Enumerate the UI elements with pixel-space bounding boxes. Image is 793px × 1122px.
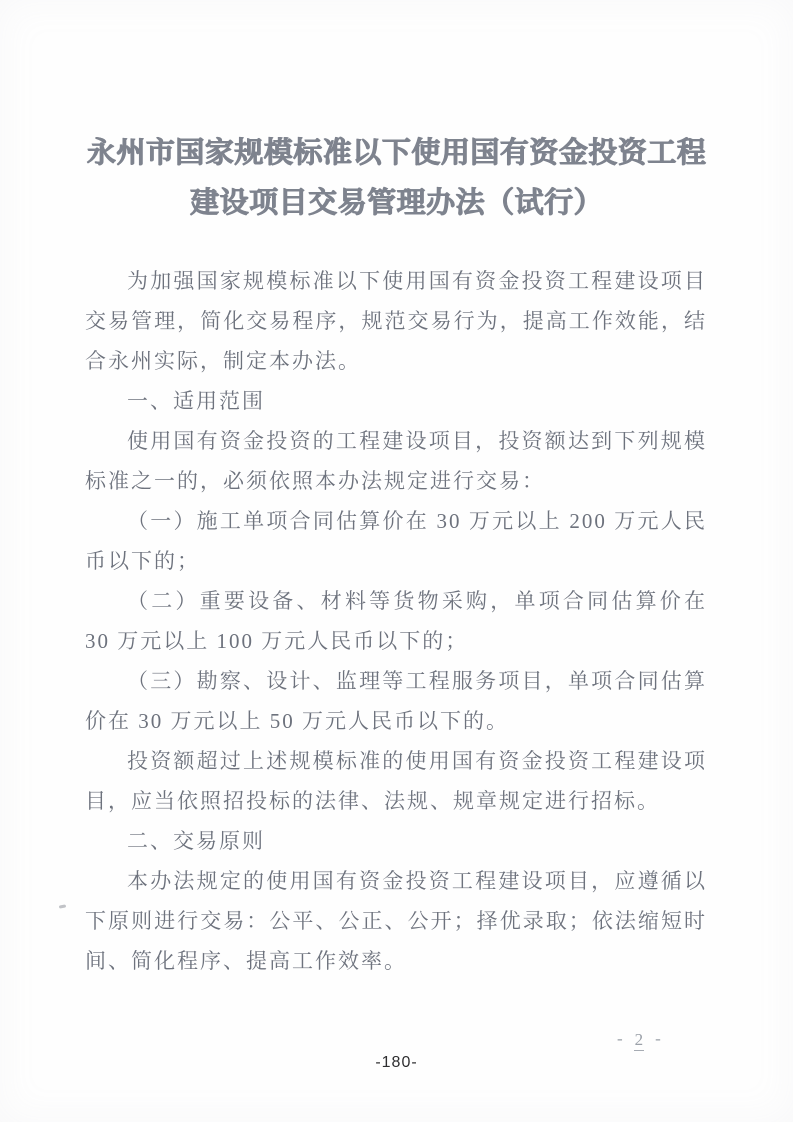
section-1-intro: 使用国有资金投资的工程建设项目，投资额达到下列规模标准之一的，必须依照本办法规定… xyxy=(85,421,707,501)
section-2-paragraph: 本办法规定的使用国有资金投资工程建设项目，应遵循以下原则进行交易：公平、公正、公… xyxy=(85,861,707,981)
document-title-line2: 建设项目交易管理办法（试行） xyxy=(0,178,793,228)
scan-page-dash-right: - xyxy=(655,1029,661,1049)
scope-item-2: （二）重要设备、材料等货物采购，单项合同估算价在 30 万元以上 100 万元人… xyxy=(85,581,707,661)
threshold-note: 投资额超过上述规模标准的使用国有资金投资工程建设项目，应当依照招投标的法律、法规… xyxy=(85,741,707,821)
document-body: 为加强国家规模标准以下使用国有资金投资工程建设项目交易管理，简化交易程序，规范交… xyxy=(85,261,707,981)
scan-page-dash-left: - xyxy=(617,1029,623,1049)
scanned-page-number: - 2 - xyxy=(617,1031,661,1051)
printed-page-number: -180- xyxy=(0,1054,793,1072)
scope-item-3: （三）勘察、设计、监理等工程服务项目，单项合同估算价在 30 万元以上 50 万… xyxy=(85,661,707,741)
scope-item-1: （一）施工单项合同估算价在 30 万元以上 200 万元人民币以下的； xyxy=(85,501,707,581)
section-2-heading: 二、交易原则 xyxy=(85,821,707,861)
section-1-heading: 一、适用范围 xyxy=(85,381,707,421)
scanned-document-page: 永州市国家规模标准以下使用国有资金投资工程 建设项目交易管理办法（试行） 为加强… xyxy=(0,0,793,1122)
document-title: 永州市国家规模标准以下使用国有资金投资工程 建设项目交易管理办法（试行） xyxy=(0,128,793,228)
intro-paragraph: 为加强国家规模标准以下使用国有资金投资工程建设项目交易管理，简化交易程序，规范交… xyxy=(85,261,707,381)
scan-artifact-smudge xyxy=(59,904,66,908)
scan-page-number-value: 2 xyxy=(634,1031,645,1051)
document-title-line1: 永州市国家规模标准以下使用国有资金投资工程 xyxy=(0,128,793,178)
